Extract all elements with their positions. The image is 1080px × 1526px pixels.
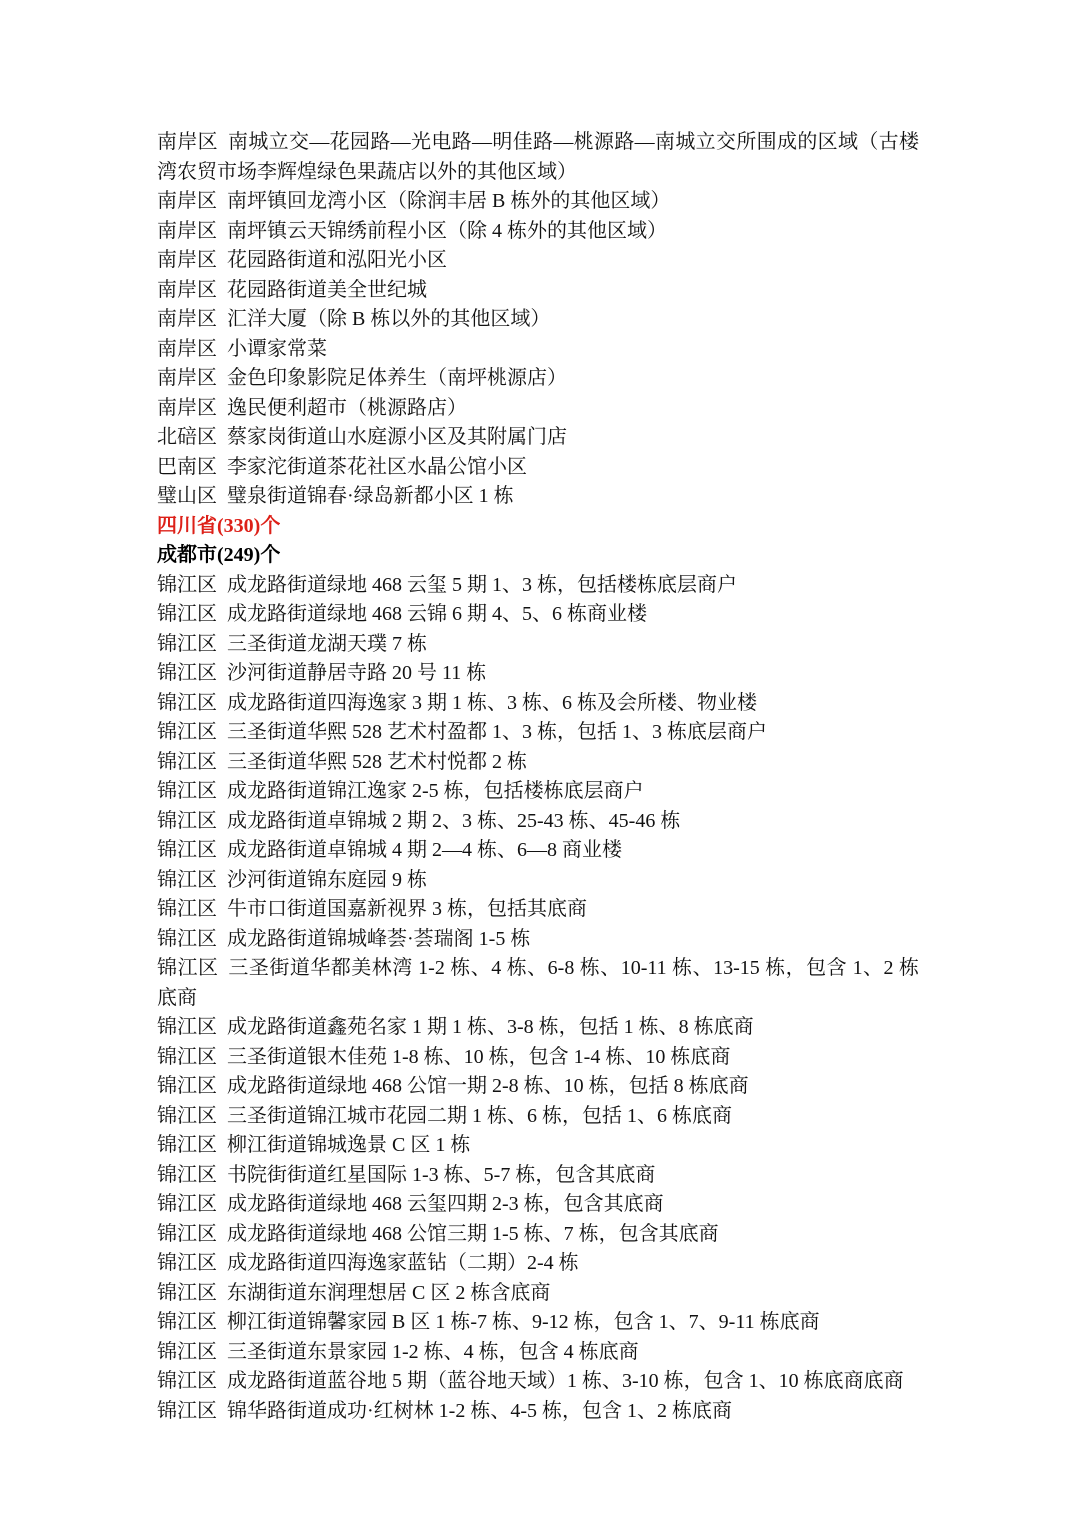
area-description: 成龙路街道蓝谷地 5 期（蓝谷地天域）1 栋、3-10 栋，包含 1、10 栋底… [227, 1370, 904, 1392]
list-item: 南岸区花园路街道美全世纪城 [157, 276, 919, 306]
district-label: 锦江区 [157, 780, 217, 802]
area-description: 花园路街道和泓阳光小区 [227, 249, 447, 271]
city-heading: 成都市(249)个 [157, 541, 919, 571]
district-label: 锦江区 [157, 1223, 217, 1245]
list-item: 巴南区李家沱街道茶花社区水晶公馆小区 [157, 453, 919, 483]
area-description: 金色印象影院足体养生（南坪桃源店） [227, 367, 567, 389]
district-label: 锦江区 [157, 928, 217, 950]
area-description: 南城立交—花园路—光电路—明佳路—桃源路—南城立交所围成的区域（古楼湾农贸市场李… [157, 131, 919, 183]
area-description: 花园路街道美全世纪城 [227, 279, 427, 301]
area-description: 锦华路街道成功·红树林 1-2 栋、4-5 栋，包含 1、2 栋底商 [227, 1400, 732, 1422]
district-label: 锦江区 [157, 1311, 217, 1333]
district-label: 锦江区 [157, 1075, 217, 1097]
district-label: 巴南区 [157, 456, 217, 478]
area-description: 成龙路街道四海逸家 3 期 1 栋、3 栋、6 栋及会所楼、物业楼 [227, 692, 757, 714]
area-description: 沙河街道锦东庭园 9 栋 [227, 869, 427, 891]
list-item: 锦江区成龙路街道锦江逸家 2-5 栋，包括楼栋底层商户 [157, 777, 919, 807]
district-label: 南岸区 [157, 220, 217, 242]
list-item: 南岸区逸民便利超市（桃源路店） [157, 394, 919, 424]
district-label: 锦江区 [157, 1282, 217, 1304]
area-description: 璧泉街道锦春·绿岛新都小区 1 栋 [227, 485, 514, 507]
area-description: 成龙路街道绿地 468 云玺四期 2-3 栋，包含其底商 [227, 1193, 664, 1215]
area-description: 成龙路街道绿地 468 公馆三期 1-5 栋、7 栋，包含其底商 [227, 1223, 719, 1245]
list-item: 南岸区南坪镇云天锦绣前程小区（除 4 栋外的其他区域） [157, 217, 919, 247]
area-description: 蔡家岗街道山水庭源小区及其附属门店 [227, 426, 567, 448]
area-description: 李家沱街道茶花社区水晶公馆小区 [227, 456, 527, 478]
area-description: 成龙路街道卓锦城 4 期 2—4 栋、6—8 商业楼 [227, 839, 622, 861]
list-item: 锦江区成龙路街道绿地 468 公馆三期 1-5 栋、7 栋，包含其底商 [157, 1220, 919, 1250]
list-item: 锦江区三圣街道银木佳苑 1-8 栋、10 栋，包含 1-4 栋、10 栋底商 [157, 1043, 919, 1073]
district-label: 锦江区 [157, 810, 217, 832]
district-label: 锦江区 [157, 692, 217, 714]
list-item: 锦江区成龙路街道卓锦城 2 期 2、3 栋、25-43 栋、45-46 栋 [157, 807, 919, 837]
risk-area-list: 南岸区南城立交—花园路—光电路—明佳路—桃源路—南城立交所围成的区域（古楼湾农贸… [157, 128, 919, 1426]
area-description: 三圣街道东景家园 1-2 栋、4 栋，包含 4 栋底商 [227, 1341, 639, 1363]
district-label: 锦江区 [157, 839, 217, 861]
list-item: 南岸区小谭家常菜 [157, 335, 919, 365]
district-label: 南岸区 [157, 308, 217, 330]
district-label: 锦江区 [157, 751, 217, 773]
district-label: 锦江区 [157, 1400, 217, 1422]
area-description: 三圣街道龙湖天璞 7 栋 [227, 633, 427, 655]
area-description: 成龙路街道鑫苑名家 1 期 1 栋、3-8 栋，包括 1 栋、8 栋底商 [227, 1016, 754, 1038]
area-description: 成龙路街道绿地 468 云锦 6 期 4、5、6 栋商业楼 [227, 603, 647, 625]
list-item: 锦江区东湖街道东润理想居 C 区 2 栋含底商 [157, 1279, 919, 1309]
area-description: 成龙路街道绿地 468 公馆一期 2-8 栋、10 栋，包括 8 栋底商 [227, 1075, 749, 1097]
district-label: 锦江区 [157, 1105, 217, 1127]
area-description: 成龙路街道锦城峰荟·荟瑞阁 1-5 栋 [227, 928, 530, 950]
list-item: 锦江区成龙路街道绿地 468 云玺四期 2-3 栋，包含其底商 [157, 1190, 919, 1220]
district-label: 璧山区 [157, 485, 217, 507]
district-label: 南岸区 [157, 397, 217, 419]
list-item: 锦江区成龙路街道卓锦城 4 期 2—4 栋、6—8 商业楼 [157, 836, 919, 866]
district-label: 南岸区 [157, 249, 217, 271]
list-item: 锦江区成龙路街道锦城峰荟·荟瑞阁 1-5 栋 [157, 925, 919, 955]
list-item: 锦江区成龙路街道绿地 468 云锦 6 期 4、5、6 栋商业楼 [157, 600, 919, 630]
list-item: 锦江区三圣街道龙湖天璞 7 栋 [157, 630, 919, 660]
list-item: 锦江区沙河街道锦东庭园 9 栋 [157, 866, 919, 896]
list-item: 锦江区三圣街道华熙 528 艺术村盈都 1、3 栋，包括 1、3 栋底层商户 [157, 718, 919, 748]
area-description: 柳江街道锦馨家园 B 区 1 栋-7 栋、9-12 栋，包含 1、7、9-11 … [227, 1311, 820, 1333]
district-label: 锦江区 [157, 603, 217, 625]
district-label: 锦江区 [157, 662, 217, 684]
area-description: 成龙路街道卓锦城 2 期 2、3 栋、25-43 栋、45-46 栋 [227, 810, 680, 832]
district-label: 锦江区 [157, 1134, 217, 1156]
area-description: 三圣街道华熙 528 艺术村盈都 1、3 栋，包括 1、3 栋底层商户 [227, 721, 767, 743]
list-item: 璧山区璧泉街道锦春·绿岛新都小区 1 栋 [157, 482, 919, 512]
area-description: 南坪镇云天锦绣前程小区（除 4 栋外的其他区域） [227, 220, 667, 242]
area-description: 沙河街道静居寺路 20 号 11 栋 [227, 662, 486, 684]
area-description: 逸民便利超市（桃源路店） [227, 397, 467, 419]
list-item: 南岸区汇洋大厦（除 B 栋以外的其他区域） [157, 305, 919, 335]
list-item: 锦江区沙河街道静居寺路 20 号 11 栋 [157, 659, 919, 689]
area-description: 牛市口街道国嘉新视界 3 栋，包括其底商 [227, 898, 587, 920]
list-item: 锦江区三圣街道东景家园 1-2 栋、4 栋，包含 4 栋底商 [157, 1338, 919, 1368]
area-description: 南坪镇回龙湾小区（除润丰居 B 栋外的其他区域） [227, 190, 670, 212]
district-label: 锦江区 [157, 574, 217, 596]
document-page: 南岸区南城立交—花园路—光电路—明佳路—桃源路—南城立交所围成的区域（古楼湾农贸… [0, 0, 1080, 1526]
district-label: 锦江区 [157, 1193, 217, 1215]
area-description: 书院街街道红星国际 1-3 栋、5-7 栋，包含其底商 [227, 1164, 655, 1186]
area-description: 成龙路街道四海逸家蓝钻（二期）2-4 栋 [227, 1252, 579, 1274]
list-item: 锦江区三圣街道华熙 528 艺术村悦都 2 栋 [157, 748, 919, 778]
list-item: 锦江区成龙路街道蓝谷地 5 期（蓝谷地天域）1 栋、3-10 栋，包含 1、10… [157, 1367, 919, 1397]
district-label: 锦江区 [157, 898, 217, 920]
area-description: 成龙路街道锦江逸家 2-5 栋，包括楼栋底层商户 [227, 780, 644, 802]
area-description: 三圣街道华熙 528 艺术村悦都 2 栋 [227, 751, 527, 773]
list-item: 南岸区南城立交—花园路—光电路—明佳路—桃源路—南城立交所围成的区域（古楼湾农贸… [157, 128, 919, 187]
area-description: 柳江街道锦城逸景 C 区 1 栋 [227, 1134, 470, 1156]
list-item: 南岸区花园路街道和泓阳光小区 [157, 246, 919, 276]
list-item: 南岸区金色印象影院足体养生（南坪桃源店） [157, 364, 919, 394]
district-label: 北碚区 [157, 426, 217, 448]
list-item: 锦江区三圣街道华都美林湾 1-2 栋、4 栋、6-8 栋、10-11 栋、13-… [157, 954, 919, 1013]
list-item: 锦江区成龙路街道鑫苑名家 1 期 1 栋、3-8 栋，包括 1 栋、8 栋底商 [157, 1013, 919, 1043]
area-description: 三圣街道银木佳苑 1-8 栋、10 栋，包含 1-4 栋、10 栋底商 [227, 1046, 730, 1068]
list-item: 锦江区成龙路街道绿地 468 云玺 5 期 1、3 栋，包括楼栋底层商户 [157, 571, 919, 601]
district-label: 锦江区 [157, 1252, 217, 1274]
list-item: 锦江区锦华路街道成功·红树林 1-2 栋、4-5 栋，包含 1、2 栋底商 [157, 1397, 919, 1427]
list-item: 锦江区柳江街道锦馨家园 B 区 1 栋-7 栋、9-12 栋，包含 1、7、9-… [157, 1308, 919, 1338]
district-label: 锦江区 [157, 1046, 217, 1068]
district-label: 南岸区 [157, 131, 218, 153]
area-description: 小谭家常菜 [227, 338, 327, 360]
list-item: 锦江区书院街街道红星国际 1-3 栋、5-7 栋，包含其底商 [157, 1161, 919, 1191]
list-item: 锦江区柳江街道锦城逸景 C 区 1 栋 [157, 1131, 919, 1161]
area-description: 东湖街道东润理想居 C 区 2 栋含底商 [227, 1282, 550, 1304]
district-label: 南岸区 [157, 190, 217, 212]
district-label: 锦江区 [157, 869, 217, 891]
list-item: 锦江区三圣街道锦江城市花园二期 1 栋、6 栋，包括 1、6 栋底商 [157, 1102, 919, 1132]
area-description: 三圣街道华都美林湾 1-2 栋、4 栋、6-8 栋、10-11 栋、13-15 … [157, 957, 919, 1009]
district-label: 锦江区 [157, 957, 218, 979]
district-label: 锦江区 [157, 1016, 217, 1038]
district-label: 锦江区 [157, 1341, 217, 1363]
list-item: 锦江区成龙路街道绿地 468 公馆一期 2-8 栋、10 栋，包括 8 栋底商 [157, 1072, 919, 1102]
district-label: 南岸区 [157, 367, 217, 389]
list-item: 锦江区成龙路街道四海逸家 3 期 1 栋、3 栋、6 栋及会所楼、物业楼 [157, 689, 919, 719]
district-label: 锦江区 [157, 1370, 217, 1392]
district-label: 南岸区 [157, 279, 217, 301]
area-description: 成龙路街道绿地 468 云玺 5 期 1、3 栋，包括楼栋底层商户 [227, 574, 737, 596]
district-label: 南岸区 [157, 338, 217, 360]
list-item: 北碚区蔡家岗街道山水庭源小区及其附属门店 [157, 423, 919, 453]
list-item: 锦江区牛市口街道国嘉新视界 3 栋，包括其底商 [157, 895, 919, 925]
area-description: 三圣街道锦江城市花园二期 1 栋、6 栋，包括 1、6 栋底商 [227, 1105, 732, 1127]
district-label: 锦江区 [157, 633, 217, 655]
district-label: 锦江区 [157, 1164, 217, 1186]
province-heading: 四川省(330)个 [157, 512, 919, 542]
list-item: 锦江区成龙路街道四海逸家蓝钻（二期）2-4 栋 [157, 1249, 919, 1279]
area-description: 汇洋大厦（除 B 栋以外的其他区域） [227, 308, 550, 330]
list-item: 南岸区南坪镇回龙湾小区（除润丰居 B 栋外的其他区域） [157, 187, 919, 217]
district-label: 锦江区 [157, 721, 217, 743]
